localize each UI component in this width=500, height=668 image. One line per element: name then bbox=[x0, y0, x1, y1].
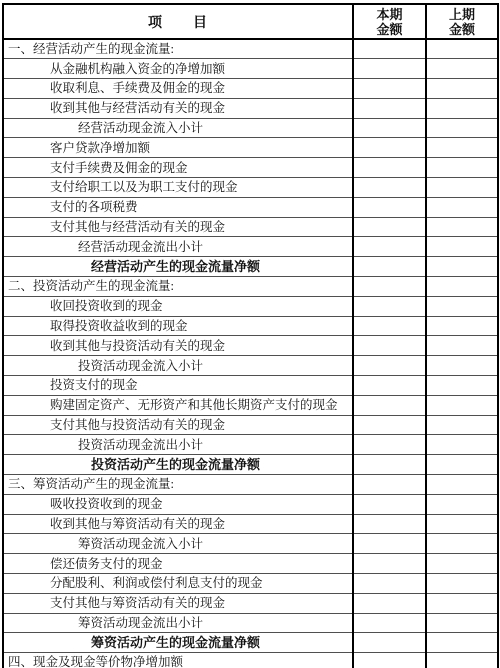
table-row: 支付其他与经营活动有关的现金 bbox=[3, 217, 498, 237]
prior-amount-cell bbox=[426, 415, 498, 435]
item-label-cell: 偿还债务支付的现金 bbox=[3, 554, 353, 574]
table-row: 客户贷款净增加额 bbox=[3, 138, 498, 158]
table-row: 三、筹资活动产生的现金流量: bbox=[3, 475, 498, 495]
item-label-cell: 吸收投资收到的现金 bbox=[3, 494, 353, 514]
table-row: 筹资活动现金流入小计 bbox=[3, 534, 498, 554]
item-label-cell: 支付的各项税费 bbox=[3, 197, 353, 217]
item-label-cell: 筹资活动现金流出小计 bbox=[3, 613, 353, 633]
item-label-cell: 支付手续费及佣金的现金 bbox=[3, 158, 353, 178]
table-row: 一、经营活动产生的现金流量: bbox=[3, 39, 498, 59]
prior-amount-cell bbox=[426, 395, 498, 415]
prior-amount-cell bbox=[426, 217, 498, 237]
prior-amount-cell bbox=[426, 237, 498, 257]
table-row: 从金融机构融入资金的净增加额 bbox=[3, 59, 498, 79]
prior-amount-cell bbox=[426, 197, 498, 217]
current-amount-cell bbox=[353, 237, 426, 257]
current-amount-cell bbox=[353, 574, 426, 594]
table-row: 购建固定资产、无形资产和其他长期资产支付的现金 bbox=[3, 395, 498, 415]
prior-amount-cell bbox=[426, 118, 498, 138]
prior-amount-cell bbox=[426, 178, 498, 198]
table-row: 取得投资收益收到的现金 bbox=[3, 316, 498, 336]
cash-flow-table: 项 目 本期 金额 上期 金额 一、经营活动产生的现金流量: 从金融机构融入资金… bbox=[2, 3, 499, 668]
current-amount-cell bbox=[353, 554, 426, 574]
item-label-cell: 收回投资收到的现金 bbox=[3, 296, 353, 316]
prior-amount-cell bbox=[426, 39, 498, 59]
cash-flow-statement-sheet: 项 目 本期 金额 上期 金额 一、经营活动产生的现金流量: 从金融机构融入资金… bbox=[2, 3, 497, 668]
item-label-cell: 支付其他与经营活动有关的现金 bbox=[3, 217, 353, 237]
prior-amount-cell bbox=[426, 633, 498, 653]
current-amount-cell bbox=[353, 257, 426, 277]
prior-amount-cell bbox=[426, 98, 498, 118]
table-row: 支付其他与筹资活动有关的现金 bbox=[3, 593, 498, 613]
item-label-cell: 支付给职工以及为职工支付的现金 bbox=[3, 178, 353, 198]
column-header-current-period: 本期 金额 bbox=[353, 4, 426, 39]
item-label-cell: 投资活动现金流入小计 bbox=[3, 356, 353, 376]
item-label-cell: 经营活动现金流入小计 bbox=[3, 118, 353, 138]
table-row: 四、现金及现金等价物净增加额 bbox=[3, 653, 498, 668]
current-amount-cell bbox=[353, 316, 426, 336]
column-header-line: 本期 bbox=[354, 7, 425, 22]
table-row: 支付手续费及佣金的现金 bbox=[3, 158, 498, 178]
table-row: 收到其他与经营活动有关的现金 bbox=[3, 98, 498, 118]
column-header-prior-period: 上期 金额 bbox=[426, 4, 498, 39]
prior-amount-cell bbox=[426, 574, 498, 594]
table-row: 经营活动产生的现金流量净额 bbox=[3, 257, 498, 277]
table-row: 筹资活动产生的现金流量净额 bbox=[3, 633, 498, 653]
current-amount-cell bbox=[353, 178, 426, 198]
prior-amount-cell bbox=[426, 59, 498, 79]
prior-amount-cell bbox=[426, 138, 498, 158]
item-label-cell: 客户贷款净增加额 bbox=[3, 138, 353, 158]
column-header-line: 金额 bbox=[427, 22, 497, 37]
item-label-cell: 投资支付的现金 bbox=[3, 376, 353, 396]
table-row: 支付给职工以及为职工支付的现金 bbox=[3, 178, 498, 198]
current-amount-cell bbox=[353, 197, 426, 217]
current-amount-cell bbox=[353, 98, 426, 118]
table-row: 经营活动现金流出小计 bbox=[3, 237, 498, 257]
table-row: 二、投资活动产生的现金流量: bbox=[3, 277, 498, 297]
current-amount-cell bbox=[353, 593, 426, 613]
table-row: 收取利息、手续费及佣金的现金 bbox=[3, 79, 498, 99]
item-label-cell: 筹资活动现金流入小计 bbox=[3, 534, 353, 554]
current-amount-cell bbox=[353, 39, 426, 59]
current-amount-cell bbox=[353, 633, 426, 653]
prior-amount-cell bbox=[426, 296, 498, 316]
prior-amount-cell bbox=[426, 613, 498, 633]
current-amount-cell bbox=[353, 534, 426, 554]
current-amount-cell bbox=[353, 376, 426, 396]
prior-amount-cell bbox=[426, 316, 498, 336]
prior-amount-cell bbox=[426, 158, 498, 178]
item-label-cell: 二、投资活动产生的现金流量: bbox=[3, 277, 353, 297]
prior-amount-cell bbox=[426, 376, 498, 396]
item-label-cell: 取得投资收益收到的现金 bbox=[3, 316, 353, 336]
prior-amount-cell bbox=[426, 593, 498, 613]
current-amount-cell bbox=[353, 296, 426, 316]
table-row: 收到其他与投资活动有关的现金 bbox=[3, 336, 498, 356]
item-label-cell: 三、筹资活动产生的现金流量: bbox=[3, 475, 353, 495]
item-label-cell: 收到其他与筹资活动有关的现金 bbox=[3, 514, 353, 534]
item-label-cell: 投资活动产生的现金流量净额 bbox=[3, 455, 353, 475]
current-amount-cell bbox=[353, 455, 426, 475]
table-row: 分配股利、利润或偿付利息支付的现金 bbox=[3, 574, 498, 594]
prior-amount-cell bbox=[426, 494, 498, 514]
current-amount-cell bbox=[353, 494, 426, 514]
prior-amount-cell bbox=[426, 435, 498, 455]
table-row: 筹资活动现金流出小计 bbox=[3, 613, 498, 633]
prior-amount-cell bbox=[426, 257, 498, 277]
item-label-cell: 收到其他与投资活动有关的现金 bbox=[3, 336, 353, 356]
item-label-cell: 支付其他与投资活动有关的现金 bbox=[3, 415, 353, 435]
item-label-cell: 经营活动产生的现金流量净额 bbox=[3, 257, 353, 277]
prior-amount-cell bbox=[426, 79, 498, 99]
item-label-cell: 四、现金及现金等价物净增加额 bbox=[3, 653, 353, 668]
column-header-item: 项 目 bbox=[3, 4, 353, 39]
current-amount-cell bbox=[353, 514, 426, 534]
header-row: 项 目 本期 金额 上期 金额 bbox=[3, 4, 498, 39]
item-label-cell: 一、经营活动产生的现金流量: bbox=[3, 39, 353, 59]
current-amount-cell bbox=[353, 138, 426, 158]
item-label-cell: 购建固定资产、无形资产和其他长期资产支付的现金 bbox=[3, 395, 353, 415]
prior-amount-cell bbox=[426, 534, 498, 554]
current-amount-cell bbox=[353, 475, 426, 495]
current-amount-cell bbox=[353, 653, 426, 668]
item-label-cell: 经营活动现金流出小计 bbox=[3, 237, 353, 257]
prior-amount-cell bbox=[426, 653, 498, 668]
current-amount-cell bbox=[353, 356, 426, 376]
table-row: 收到其他与筹资活动有关的现金 bbox=[3, 514, 498, 534]
current-amount-cell bbox=[353, 118, 426, 138]
item-label-cell: 筹资活动产生的现金流量净额 bbox=[3, 633, 353, 653]
table-row: 投资支付的现金 bbox=[3, 376, 498, 396]
item-label-cell: 收到其他与经营活动有关的现金 bbox=[3, 98, 353, 118]
column-header-line: 金额 bbox=[354, 22, 425, 37]
current-amount-cell bbox=[353, 395, 426, 415]
table-row: 支付的各项税费 bbox=[3, 197, 498, 217]
prior-amount-cell bbox=[426, 475, 498, 495]
table-row: 投资活动现金流出小计 bbox=[3, 435, 498, 455]
item-label-cell: 投资活动现金流出小计 bbox=[3, 435, 353, 455]
current-amount-cell bbox=[353, 613, 426, 633]
table-row: 偿还债务支付的现金 bbox=[3, 554, 498, 574]
current-amount-cell bbox=[353, 79, 426, 99]
table-row: 支付其他与投资活动有关的现金 bbox=[3, 415, 498, 435]
table-row: 投资活动产生的现金流量净额 bbox=[3, 455, 498, 475]
table-row: 收回投资收到的现金 bbox=[3, 296, 498, 316]
current-amount-cell bbox=[353, 217, 426, 237]
item-label-cell: 从金融机构融入资金的净增加额 bbox=[3, 59, 353, 79]
current-amount-cell bbox=[353, 277, 426, 297]
prior-amount-cell bbox=[426, 336, 498, 356]
current-amount-cell bbox=[353, 158, 426, 178]
column-header-line: 上期 bbox=[427, 7, 497, 22]
item-label-cell: 支付其他与筹资活动有关的现金 bbox=[3, 593, 353, 613]
current-amount-cell bbox=[353, 59, 426, 79]
table-row: 经营活动现金流入小计 bbox=[3, 118, 498, 138]
item-label-cell: 收取利息、手续费及佣金的现金 bbox=[3, 79, 353, 99]
table-row: 投资活动现金流入小计 bbox=[3, 356, 498, 376]
table-row: 吸收投资收到的现金 bbox=[3, 494, 498, 514]
prior-amount-cell bbox=[426, 554, 498, 574]
prior-amount-cell bbox=[426, 514, 498, 534]
current-amount-cell bbox=[353, 415, 426, 435]
current-amount-cell bbox=[353, 336, 426, 356]
prior-amount-cell bbox=[426, 277, 498, 297]
current-amount-cell bbox=[353, 435, 426, 455]
prior-amount-cell bbox=[426, 356, 498, 376]
item-label-cell: 分配股利、利润或偿付利息支付的现金 bbox=[3, 574, 353, 594]
prior-amount-cell bbox=[426, 455, 498, 475]
